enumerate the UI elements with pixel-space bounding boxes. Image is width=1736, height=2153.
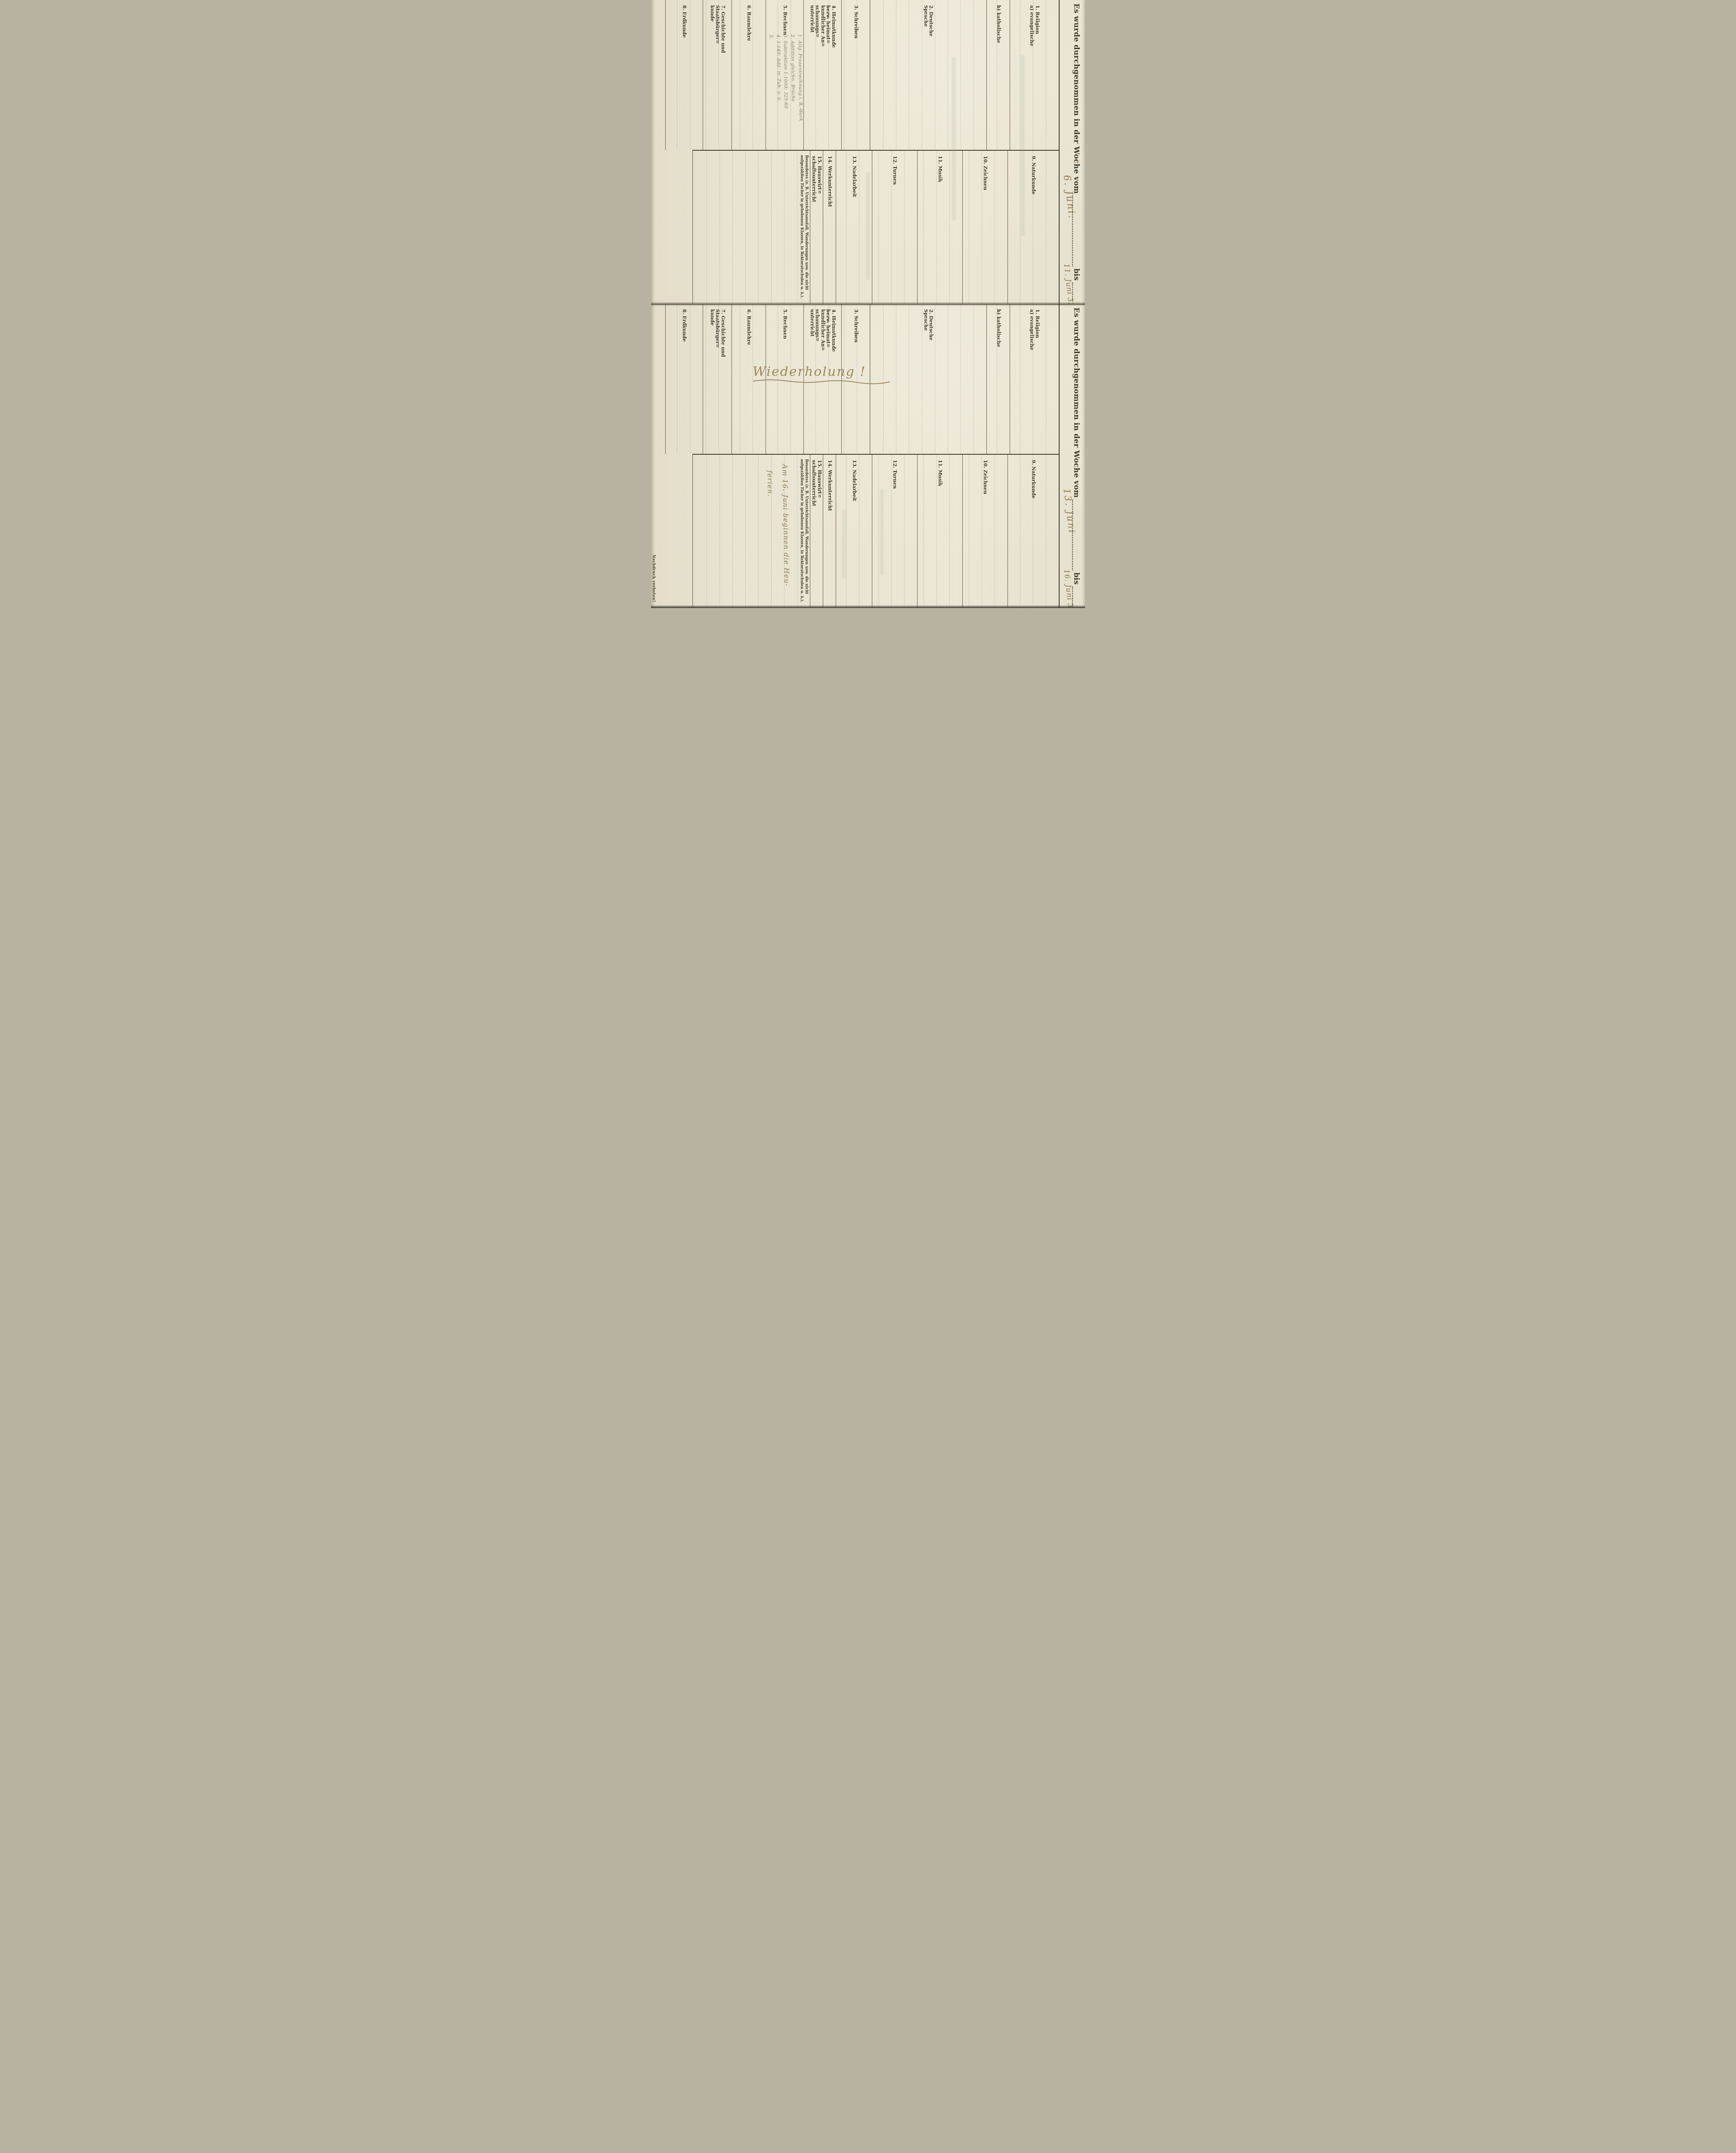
header-text: Es wurde durchgenommen in der Woche vom bbox=[1072, 307, 1081, 498]
week-header: Es wurde durchgenommen in der Woche vom … bbox=[1072, 307, 1081, 605]
subject-label-musik: 11. Musik bbox=[937, 455, 943, 486]
scan-right-edge bbox=[1082, 0, 1085, 608]
subject-label-line: 12. Turnen bbox=[892, 460, 898, 489]
subject-label-line: 15. Hauswirt= bbox=[817, 460, 822, 506]
subject-label-line: 13. Nadelarbeit bbox=[851, 460, 857, 501]
subject-label-naturkunde: 9. Naturkunde bbox=[1031, 455, 1036, 499]
subject-row-werkunterricht: 14. Werkunterricht bbox=[823, 151, 836, 304]
subject-label-line: schaftsunterricht bbox=[811, 156, 817, 202]
scan-left-edge bbox=[651, 0, 655, 608]
subject-label-rechnen: 5. Rechnen bbox=[782, 0, 787, 35]
subject-label-line: 8. Erdkunde bbox=[682, 309, 687, 342]
subject-label-line: 4. Heimatkunde bbox=[831, 309, 836, 352]
subject-row-turnen: 12. Turnen bbox=[872, 151, 917, 304]
subject-label-line: 3. Schreiben bbox=[853, 309, 859, 343]
subject-label-line: 6. Raumlehre bbox=[746, 5, 752, 41]
subject-row-zeichnen: 10. Zeichnen bbox=[962, 151, 1008, 304]
subject-label-rechnen: 5. Rechnen bbox=[782, 304, 787, 339]
subject-label-schreiben: 3. Schreiben bbox=[853, 0, 859, 39]
subject-row-zeichnen: 10. Zeichnen bbox=[962, 455, 1008, 608]
subject-label-line: a) evangelische bbox=[1029, 5, 1035, 47]
subject-label-besonderes: Besonderes (z. B. Unterrichtsausfall, Wa… bbox=[800, 151, 810, 301]
subject-label-schreiben: 3. Schreiben bbox=[853, 304, 859, 343]
subject-label-nadelarbeit: 13. Nadelarbeit bbox=[851, 455, 857, 501]
subject-row-erdkunde: 8. Erdkunde bbox=[665, 304, 703, 454]
subject-label-turnen: 12. Turnen bbox=[892, 151, 898, 185]
wiederholung-text: Wiederholung ! bbox=[753, 364, 866, 379]
subject-label-line: unterricht bbox=[809, 5, 815, 48]
subject-row-schreiben: 3. Schreiben bbox=[841, 0, 870, 150]
subject-column-left: 1. Religiona) evangelischeb) katholische… bbox=[665, 0, 1060, 150]
subject-label-werkunterricht: 14. Werkunterricht bbox=[827, 455, 832, 511]
subject-label-line: Staatsbürger= bbox=[715, 309, 720, 357]
subject-label-line: schauungs= bbox=[815, 5, 820, 48]
scan-bottom-edge bbox=[651, 605, 1085, 608]
subject-label-line: 7. Geschichte und bbox=[720, 309, 725, 357]
subject-label-hauswirtschaftsunterricht: 15. Hauswirt=schaftsunterricht bbox=[811, 151, 822, 202]
subject-row-naturkunde: 9. Naturkunde bbox=[1008, 151, 1059, 304]
subject-label-line: 10. Zeichnen bbox=[983, 156, 988, 190]
subject-label-line: 2. Deutsche bbox=[928, 309, 934, 341]
subject-label-line: Staatsbürger= bbox=[715, 5, 720, 53]
header-text: Es wurde durchgenommen in der Woche vom bbox=[1072, 3, 1081, 194]
subject-label-line: 5. Rechnen bbox=[782, 5, 787, 35]
subject-label-raumlehre: 6. Raumlehre bbox=[746, 304, 752, 345]
subject-label-line: kunde bbox=[709, 309, 715, 357]
subject-row-nadelarbeit: 13. Nadelarbeit bbox=[836, 151, 872, 304]
subject-label-naturkunde: 9. Naturkunde bbox=[1031, 151, 1036, 195]
subject-label-line: schaftsunterricht bbox=[811, 460, 817, 506]
subject-row-religion-evangelische: 1. Religiona) evangelische bbox=[1010, 0, 1059, 150]
subject-label-line: kunde bbox=[709, 5, 715, 53]
handwritten-underline bbox=[753, 378, 890, 385]
header-bis: bis bbox=[1072, 268, 1081, 281]
subject-column-right: 9. Naturkunde10. Zeichnen11. Musik12. Tu… bbox=[692, 150, 1060, 304]
subject-label-besonderes: Besonderes (z. B. Unterrichtsausfall, Wa… bbox=[800, 455, 810, 605]
handwritten-line: 4. 1-149: Add. m. Zuh. o. ü. bbox=[774, 34, 783, 149]
subject-label-religion-evangelische: 1. Religiona) evangelische bbox=[1029, 0, 1040, 47]
form-page-week1: Es wurde durchgenommen in der Woche vom … bbox=[651, 0, 1085, 304]
subject-label-line: 4. Heimatkunde bbox=[831, 5, 836, 48]
handwritten-line: 3. Subtraktion 1-1000: 325-60 bbox=[781, 34, 790, 149]
subject-row-raumlehre: 6. Raumlehre bbox=[732, 0, 766, 150]
scanned-class-register: Es wurde durchgenommen in der Woche vom … bbox=[651, 0, 1085, 608]
header-bis: bis bbox=[1072, 572, 1081, 585]
subject-row-musik: 11. Musik bbox=[917, 455, 962, 608]
subject-row-besonderes: Besonderes (z. B. Unterrichtsausfall, Wa… bbox=[692, 151, 810, 304]
subject-label-line: 9. Naturkunde bbox=[1031, 460, 1036, 499]
subject-label-line: kundlicher An= bbox=[820, 309, 825, 352]
subject-label-deutsche-sprache: 2. DeutscheSprache bbox=[923, 304, 934, 341]
subject-label-deutsche-sprache: 2. DeutscheSprache bbox=[923, 0, 934, 37]
subject-row-werkunterricht: 14. Werkunterricht bbox=[823, 455, 836, 608]
subject-label-line: aufgezählten Fächer in gehobenen Klassen… bbox=[800, 155, 804, 298]
handwritten-wiederholung: Wiederholung ! bbox=[753, 365, 895, 399]
subject-label-nadelarbeit: 13. Nadelarbeit bbox=[851, 151, 857, 197]
subject-label-line: 2. Deutsche bbox=[928, 5, 934, 37]
page-week1-slot: Es wurde durchgenommen in der Woche vom … bbox=[651, 0, 1085, 304]
subject-label-werkunterricht: 14. Werkunterricht bbox=[827, 151, 832, 207]
subject-label-line: 3. Schreiben bbox=[853, 5, 859, 39]
subject-label-line: 7. Geschichte und bbox=[720, 5, 725, 53]
subject-label-line: 15. Hauswirt= bbox=[817, 156, 822, 202]
besonderes-note-line: Am 16. Juni beginnen die Heu- bbox=[777, 464, 794, 586]
subject-label-line: 10. Zeichnen bbox=[983, 460, 988, 494]
subject-row-turnen: 12. Turnen bbox=[872, 455, 917, 608]
subject-label-line: Sprache bbox=[923, 5, 929, 37]
subject-row-erdkunde: 8. Erdkunde bbox=[665, 0, 703, 150]
subject-row-religion-katholische: b) katholische bbox=[986, 304, 1010, 454]
week-header: Es wurde durchgenommen in der Woche vom … bbox=[1072, 3, 1081, 301]
besonderes-note-line: ferien. bbox=[762, 464, 779, 587]
subject-label-line: Sprache bbox=[923, 309, 929, 341]
subject-label-musik: 11. Musik bbox=[937, 151, 943, 182]
form-page-week2: Es wurde durchgenommen in der Woche vom … bbox=[651, 304, 1085, 608]
subject-row-geschichte-staatsbuergerkunde: 7. Geschichte undStaatsbürger=kunde bbox=[703, 304, 732, 454]
subject-label-line: Besonderes (z. B. Unterrichtsausfall, Wa… bbox=[804, 155, 809, 298]
subject-row-nadelarbeit: 13. Nadelarbeit bbox=[836, 455, 872, 608]
subject-label-line: schauungs= bbox=[815, 309, 820, 352]
subject-label-line: 6. Raumlehre bbox=[746, 309, 752, 345]
subject-label-line: a) evangelische bbox=[1029, 309, 1035, 351]
subject-row-heimatkunde: 4. Heimatkundebezw. heimat=kundlicher An… bbox=[803, 0, 841, 150]
handwritten-line: 2. Addition gleichn. Brüche bbox=[789, 34, 797, 149]
subject-row-hauswirtschaftsunterricht: 15. Hauswirt=schaftsunterricht bbox=[810, 455, 823, 608]
subject-label-line: 13. Nadelarbeit bbox=[851, 156, 857, 197]
subject-label-line: Besonderes (z. B. Unterrichtsausfall, Wa… bbox=[804, 459, 809, 602]
subject-label-line: b) katholische bbox=[995, 309, 1001, 347]
subject-label-geschichte-staatsbuergerkunde: 7. Geschichte undStaatsbürger=kunde bbox=[709, 0, 725, 53]
subject-row-naturkunde: 9. Naturkunde bbox=[1008, 455, 1059, 608]
subject-label-erdkunde: 8. Erdkunde bbox=[682, 0, 687, 38]
subject-label-line: 5. Rechnen bbox=[782, 309, 787, 339]
subject-row-deutsche-sprache: 2. DeutscheSprache bbox=[870, 0, 986, 150]
subject-label-line: bezw. heimat= bbox=[825, 5, 831, 48]
subject-label-line: 12. Turnen bbox=[892, 156, 898, 185]
subject-label-line: 14. Werkunterricht bbox=[827, 460, 832, 511]
handwritten-besonderes-note: Am 16. Juni beginnen die Heu- ferien. bbox=[762, 464, 794, 587]
subject-label-line: b) katholische bbox=[995, 5, 1001, 43]
subject-row-musik: 11. Musik bbox=[917, 151, 962, 304]
subject-label-line: 14. Werkunterricht bbox=[827, 156, 832, 207]
subject-label-religion-katholische: b) katholische bbox=[995, 0, 1001, 43]
subject-label-erdkunde: 8. Erdkunde bbox=[682, 304, 687, 342]
subject-label-line: 9. Naturkunde bbox=[1031, 156, 1036, 195]
subject-label-hauswirtschaftsunterricht: 15. Hauswirt=schaftsunterricht bbox=[811, 455, 822, 506]
subject-label-zeichnen: 10. Zeichnen bbox=[983, 455, 988, 494]
subject-label-religion-evangelische: 1. Religiona) evangelische bbox=[1029, 304, 1040, 351]
subject-label-turnen: 12. Turnen bbox=[892, 455, 898, 489]
subject-label-line: unterricht bbox=[809, 309, 815, 352]
subject-label-raumlehre: 6. Raumlehre bbox=[746, 0, 752, 41]
subject-label-line: aufgezählten Fächer in gehobenen Klassen… bbox=[800, 459, 804, 602]
handwritten-line: 1. Allg. Prozentrechnung i. R.-Werk bbox=[796, 34, 805, 149]
page-week2-slot: Es wurde durchgenommen in der Woche vom … bbox=[651, 304, 1085, 608]
subject-row-religion-evangelische: 1. Religiona) evangelische bbox=[1010, 304, 1059, 454]
subject-row-geschichte-staatsbuergerkunde: 7. Geschichte undStaatsbürger=kunde bbox=[703, 0, 732, 150]
subject-label-religion-katholische: b) katholische bbox=[995, 304, 1001, 347]
subject-label-line: 1. Religion bbox=[1035, 309, 1040, 351]
page-fold-seam bbox=[651, 302, 1085, 306]
subject-row-religion-katholische: b) katholische bbox=[986, 0, 1010, 150]
subject-column-right: 9. Naturkunde10. Zeichnen11. Musik12. Tu… bbox=[692, 454, 1060, 608]
subject-label-heimatkunde: 4. Heimatkundebezw. heimat=kundlicher An… bbox=[809, 0, 836, 48]
subject-label-line: 1. Religion bbox=[1035, 5, 1040, 47]
subject-row-hauswirtschaftsunterricht: 15. Hauswirt=schaftsunterricht bbox=[810, 151, 823, 304]
subject-label-geschichte-staatsbuergerkunde: 7. Geschichte undStaatsbürger=kunde bbox=[709, 304, 725, 357]
subject-label-zeichnen: 10. Zeichnen bbox=[983, 151, 988, 190]
subject-label-line: kundlicher An= bbox=[820, 5, 825, 48]
subject-label-line: bezw. heimat= bbox=[825, 309, 831, 352]
subject-label-line: 11. Musik bbox=[937, 156, 943, 182]
handwritten-rechnen-entry: 1. Allg. Prozentrechnung i. R.-Werk2. Ad… bbox=[767, 34, 805, 149]
subject-label-line: 11. Musik bbox=[937, 460, 943, 486]
subject-label-heimatkunde: 4. Heimatkundebezw. heimat=kundlicher An… bbox=[809, 304, 836, 352]
subject-label-line: 8. Erdkunde bbox=[682, 5, 687, 38]
